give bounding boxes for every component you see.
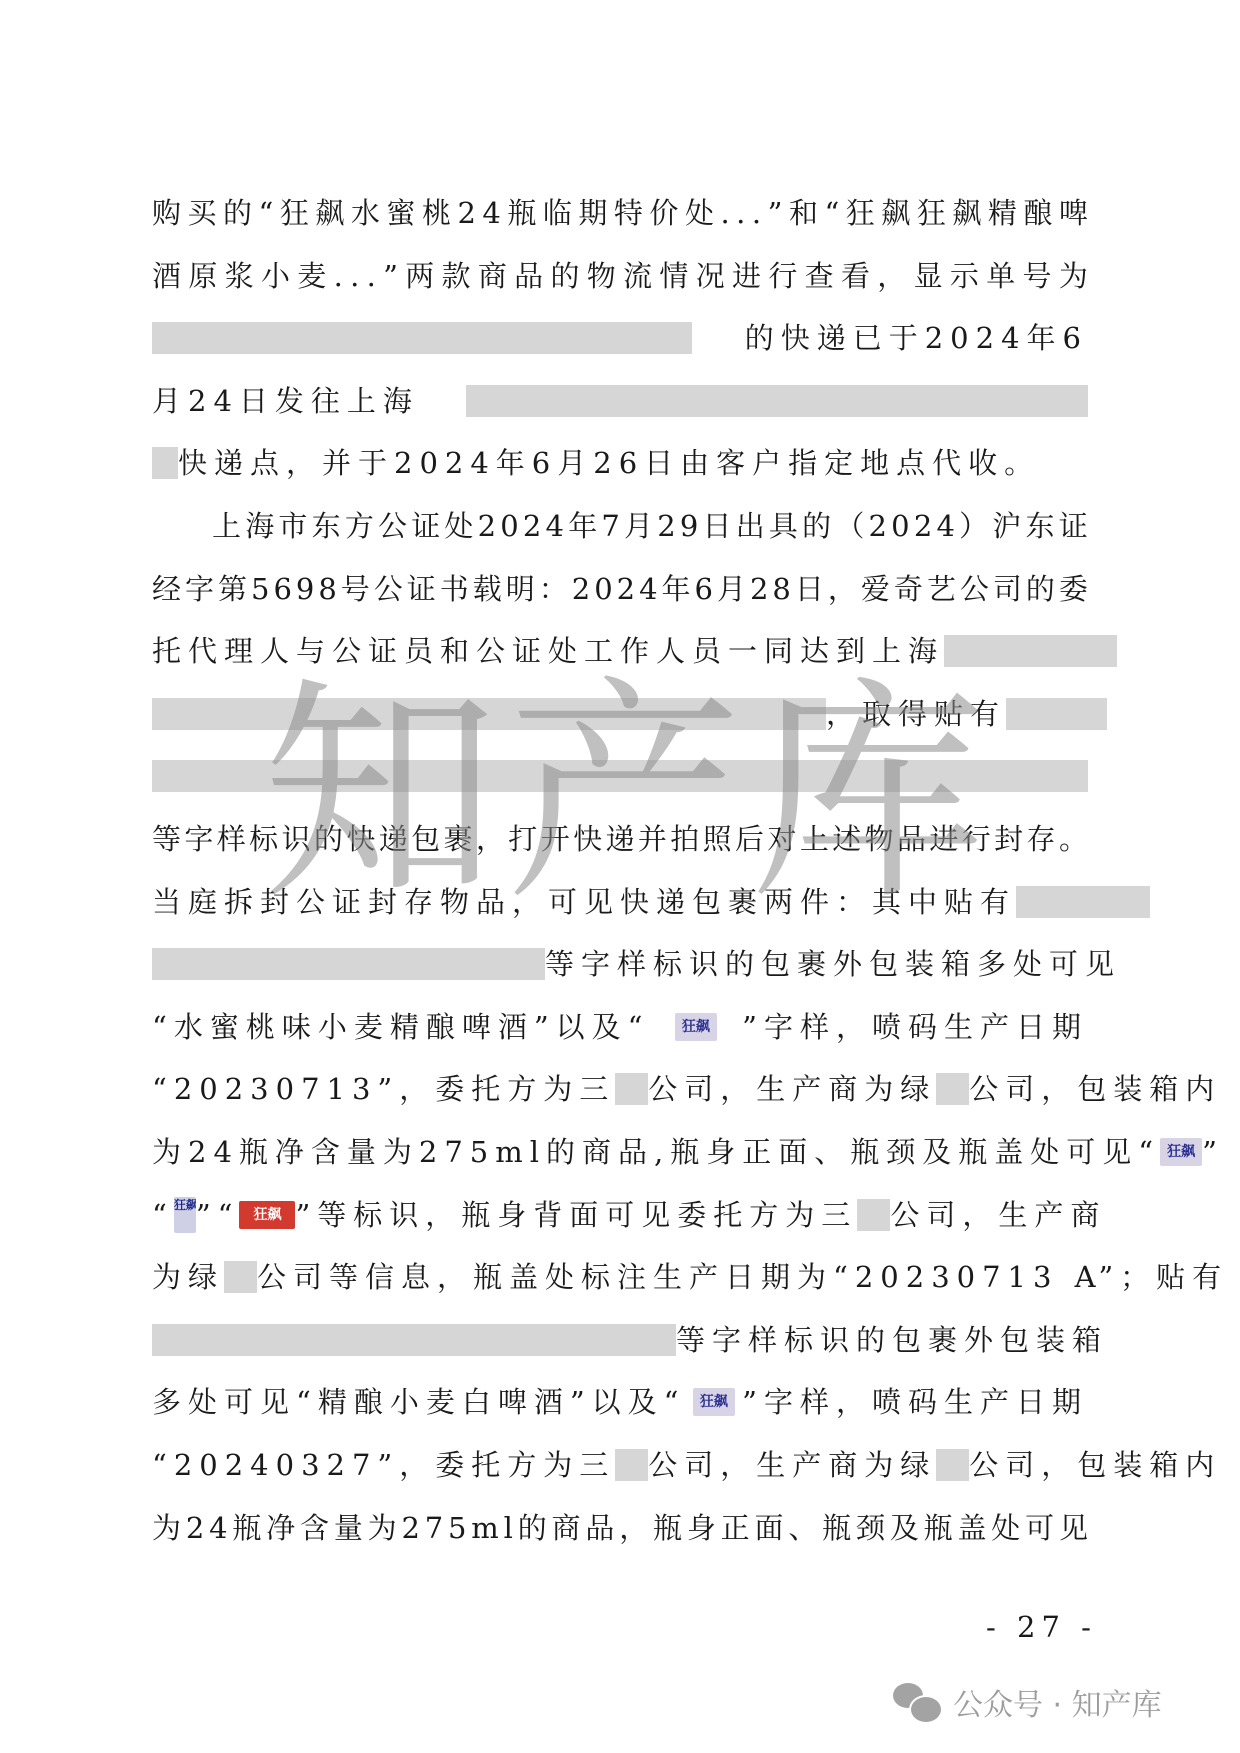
redaction-block — [152, 948, 545, 980]
text-segment: “20240327”，委托方为三 — [152, 1445, 615, 1485]
text-line — [152, 756, 1088, 796]
text-segment: 当庭拆封公证封存物品，可见快递包裹两件：其中贴有 — [152, 882, 1016, 922]
text-segment: 公司等信息，瓶盖处标注生产日期为“20230713 A”；贴有 — [257, 1257, 1228, 1297]
text-line: “20240327”，委托方为三公司，生产商为绿公司，包装箱内 — [152, 1445, 1088, 1485]
text-segment: 公司，包装箱内 — [969, 1069, 1221, 1109]
text-line: 为24瓶净含量为275ml的商品,瓶身正面、瓶颈及瓶盖处可见“狂飙” — [152, 1132, 1088, 1172]
text-line: 等字样标识的包裹外包装箱 — [152, 1320, 1088, 1360]
text-segment: 购买的“狂飙水蜜桃24瓶临期特价处...”和“狂飙狂飙精酿啤 — [152, 193, 1088, 233]
document-page: 购买的“狂飙水蜜桃24瓶临期特价处...”和“狂飙狂飙精酿啤酒原浆小麦...”两… — [0, 0, 1240, 1753]
text-segment: 为24瓶净含量为275ml的商品，瓶身正面、瓶颈及瓶盖处可见 — [152, 1508, 1088, 1548]
redaction-block — [152, 760, 1088, 792]
text-line: 经字第5698号公证书载明：2024年6月28日，爱奇艺公司的委 — [152, 569, 1088, 609]
redaction-block — [152, 698, 826, 730]
text-line: 月24日发往上海 — [152, 381, 1088, 421]
text-segment: “水蜜桃味小麦精酿啤酒”以及“ — [152, 1007, 649, 1047]
text-segment: 等字样标识的包裹外包装箱多处可见 — [545, 944, 1121, 984]
brand-logo-icon: 狂飙 — [693, 1388, 735, 1416]
text-segment: ” — [1202, 1132, 1224, 1172]
text-segment: ”字样，喷码生产日期 — [742, 1007, 1088, 1047]
text-segment: “ — [152, 1195, 174, 1235]
redaction-block — [936, 1073, 969, 1105]
text-line: “水蜜桃味小麦精酿啤酒”以及“狂飙”字样，喷码生产日期 — [152, 1007, 1088, 1047]
wechat-account-watermark: 公众号 · 知产库 — [893, 1680, 1162, 1724]
text-line: ，取得贴有 — [152, 694, 1088, 734]
redaction-block — [615, 1449, 648, 1481]
text-segment: 公司，生产商 — [890, 1195, 1106, 1235]
footer-text: 公众号 · 知产库 — [953, 1680, 1162, 1724]
text-segment: 经字第5698号公证书载明：2024年6月28日，爱奇艺公司的委 — [152, 569, 1088, 609]
wechat-icon — [893, 1681, 941, 1723]
text-line: “20230713”，委托方为三公司，生产商为绿公司，包装箱内 — [152, 1069, 1088, 1109]
text-line: 的快递已于2024年6 — [152, 318, 1088, 358]
text-segment: 的快递已于2024年6 — [745, 318, 1088, 358]
page-number: - 27 - — [986, 1610, 1097, 1644]
text-segment: 托代理人与公证员和公证处工作人员一同达到上海 — [152, 631, 944, 671]
text-segment: 公司，生产商为绿 — [648, 1069, 936, 1109]
redaction-block — [224, 1261, 257, 1293]
text-segment: ”字样，喷码生产日期 — [742, 1382, 1088, 1422]
redaction-block — [1006, 698, 1107, 730]
brand-logo-icon: 狂飙 — [239, 1201, 295, 1229]
text-line: 快递点，并于2024年6月26日由客户指定地点代收。 — [152, 443, 1088, 483]
text-line: 等字样标识的快递包裹，打开快递并拍照后对上述物品进行封存。 — [152, 819, 1088, 859]
text-segment: 为绿 — [152, 1257, 224, 1297]
text-segment: 等字样标识的包裹外包装箱 — [676, 1320, 1108, 1360]
redaction-block — [152, 1324, 676, 1356]
text-segment: 等字样标识的快递包裹，打开快递并拍照后对上述物品进行封存。 — [152, 819, 1088, 859]
text-segment: “20230713”，委托方为三 — [152, 1069, 615, 1109]
text-segment: 为24瓶净含量为275ml的商品,瓶身正面、瓶颈及瓶盖处可见“ — [152, 1132, 1160, 1172]
redaction-block — [152, 322, 692, 354]
text-line: “狂飙”“狂飙”等标识，瓶身背面可见委托方为三公司，生产商 — [152, 1195, 1088, 1235]
text-segment: 公司，包装箱内 — [969, 1445, 1221, 1485]
text-line: 为绿公司等信息，瓶盖处标注生产日期为“20230713 A”；贴有 — [152, 1257, 1088, 1297]
text-line: 托代理人与公证员和公证处工作人员一同达到上海 — [152, 631, 1088, 671]
text-segment: 上海市东方公证处2024年7月29日出具的（2024）沪东证 — [212, 506, 1088, 546]
text-line: 等字样标识的包裹外包装箱多处可见 — [152, 944, 1088, 984]
text-segment: 公司，生产商为绿 — [648, 1445, 936, 1485]
text-segment: 快递点，并于2024年6月26日由客户指定地点代收。 — [178, 443, 1040, 483]
text-segment: ”等标识，瓶身背面可见委托方为三 — [295, 1195, 857, 1235]
text-line: 上海市东方公证处2024年7月29日出具的（2024）沪东证 — [212, 506, 1088, 546]
redaction-block — [857, 1199, 890, 1231]
text-segment: 月24日发往上海 — [152, 381, 419, 421]
text-line: 酒原浆小麦...”两款商品的物流情况进行查看，显示单号为 — [152, 256, 1088, 296]
text-line: 当庭拆封公证封存物品，可见快递包裹两件：其中贴有 — [152, 882, 1088, 922]
text-segment: ”“ — [196, 1195, 240, 1235]
redaction-block — [1016, 886, 1150, 918]
text-line: 为24瓶净含量为275ml的商品，瓶身正面、瓶颈及瓶盖处可见 — [152, 1508, 1088, 1548]
text-segment: 酒原浆小麦...”两款商品的物流情况进行查看，显示单号为 — [152, 256, 1088, 296]
text-segment: 多处可见“精酿小麦白啤酒”以及“ — [152, 1382, 685, 1422]
text-line: 购买的“狂飙水蜜桃24瓶临期特价处...”和“狂飙狂飙精酿啤 — [152, 193, 1088, 233]
brand-logo-icon: 狂飙 — [1160, 1138, 1202, 1166]
redaction-block — [936, 1449, 969, 1481]
text-line: 多处可见“精酿小麦白啤酒”以及“狂飙”字样，喷码生产日期 — [152, 1382, 1088, 1422]
redaction-block — [615, 1073, 648, 1105]
text-segment: ，取得贴有 — [826, 694, 1006, 734]
brand-logo-icon: 狂飙 — [174, 1197, 196, 1233]
redaction-block — [466, 385, 1088, 417]
brand-logo-icon: 狂飙 — [675, 1013, 717, 1041]
redaction-block — [944, 635, 1117, 667]
redaction-block — [152, 447, 178, 479]
